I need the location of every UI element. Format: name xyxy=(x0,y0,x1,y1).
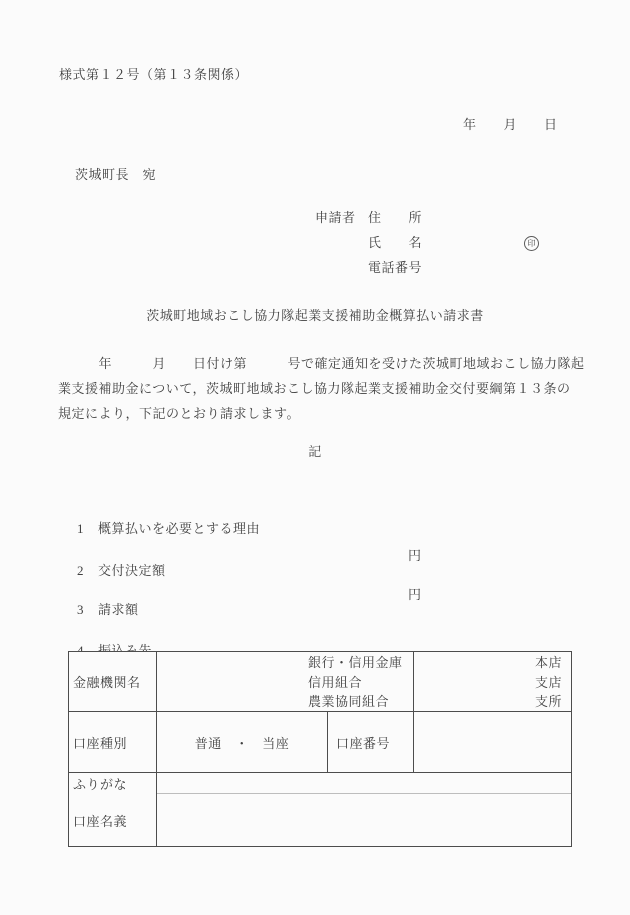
applicant-name-label: 氏 名 xyxy=(368,236,422,251)
holder-entry-cell xyxy=(156,773,571,846)
institution-type: 銀行・信用金庫 xyxy=(308,653,413,673)
item-number: 3 xyxy=(77,603,98,618)
body-line: 業支援補助金について，茨城町地域おこし協力隊起業支援補助金交付要綱第１３条の xyxy=(58,382,570,397)
branch-type: 本店 xyxy=(414,653,562,673)
item-reason: 1概算払いを必要とする理由 xyxy=(62,507,610,552)
account-type-label: 口座種別 xyxy=(69,712,156,772)
account-holder-entry-area xyxy=(157,794,571,846)
record-separator: 記 xyxy=(58,445,572,460)
account-number-label: 口座番号 xyxy=(327,712,413,772)
table-row-financial-institution: 金融機関名 銀行・信用金庫 信用組合 農業協同組合 本店 支店 支所 xyxy=(69,652,571,711)
institution-type-list: 銀行・信用金庫 信用組合 農業協同組合 xyxy=(156,652,413,711)
table-row-account-holder: ふりがな 口座名義 xyxy=(69,772,571,846)
item-unit: 円 xyxy=(408,549,422,564)
account-number-entry-area xyxy=(413,712,571,772)
item-number: 2 xyxy=(77,564,98,579)
account-holder-label: 口座名義 xyxy=(69,794,156,846)
branch-type: 支所 xyxy=(414,692,562,712)
holder-label-cell: ふりがな 口座名義 xyxy=(69,773,156,846)
item-label: 概算払いを必要とする理由 xyxy=(98,521,260,536)
form-number: 様式第１２号（第１３条関係） xyxy=(59,68,248,83)
body-line: 年 月 日付け第 号で確定通知を受けた茨城町地域おこし協力隊起 xyxy=(58,357,585,372)
document-page: 様式第１２号（第１３条関係） 年 月 日 茨城町長 宛 申請者 住 所 氏 名 … xyxy=(0,0,630,915)
institution-type: 信用組合 xyxy=(308,673,413,693)
item-label: 交付決定額 xyxy=(98,563,166,578)
addressee: 茨城町長 宛 xyxy=(75,168,156,183)
applicant-phone-label: 電話番号 xyxy=(368,261,422,276)
applicant-prefix: 申請者 xyxy=(315,211,356,226)
item-unit: 円 xyxy=(408,588,422,603)
body-line: 規定により，下記のとおり請求します。 xyxy=(58,407,300,422)
branch-type-list: 本店 支店 支所 xyxy=(413,652,571,711)
item-label: 請求額 xyxy=(98,602,139,617)
furigana-label: ふりがな xyxy=(69,773,156,794)
bank-transfer-table: 金融機関名 銀行・信用金庫 信用組合 農業協同組合 本店 支店 支所 口座種別 … xyxy=(68,651,572,847)
financial-institution-label: 金融機関名 xyxy=(69,652,156,711)
furigana-entry-area xyxy=(157,773,571,794)
item-number: 1 xyxy=(77,522,98,537)
table-row-account-type: 口座種別 普通 ・ 当座 口座番号 xyxy=(69,711,571,772)
document-title: 茨城町地域おこし協力隊起業支援補助金概算払い請求書 xyxy=(58,309,572,324)
branch-type: 支店 xyxy=(414,673,562,693)
institution-type: 農業協同組合 xyxy=(308,692,413,712)
account-type-options: 普通 ・ 当座 xyxy=(156,712,327,772)
seal-icon: 印 xyxy=(524,236,539,251)
applicant-address-label: 住 所 xyxy=(368,211,422,226)
date-line: 年 月 日 xyxy=(463,118,558,133)
